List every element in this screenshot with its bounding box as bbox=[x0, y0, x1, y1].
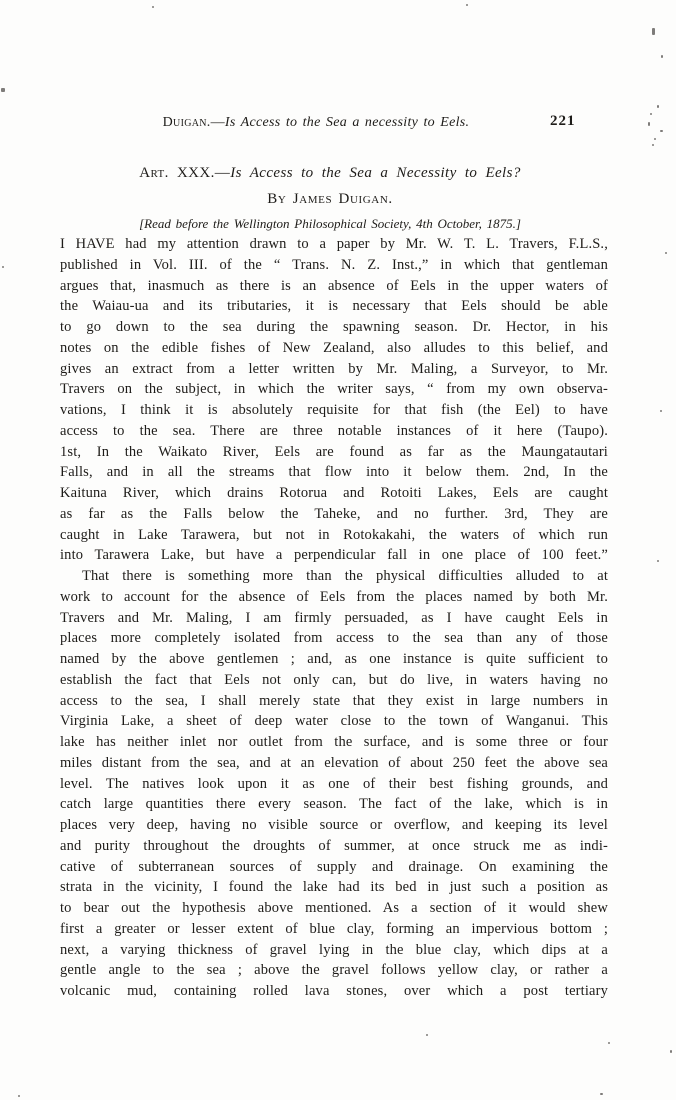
scan-speck bbox=[652, 28, 655, 35]
scan-speck bbox=[654, 138, 656, 140]
scan-speck bbox=[670, 1050, 672, 1053]
running-header-author: Duigan.— bbox=[163, 115, 225, 130]
scan-speck bbox=[657, 560, 659, 562]
scan-speck bbox=[1, 88, 5, 92]
body-line: Kaituna River, which drains Rotorua and … bbox=[60, 483, 608, 504]
body-line: That there is something more than the ph… bbox=[60, 566, 608, 587]
body-line: and purity throughout the droughts of su… bbox=[60, 836, 608, 857]
body-line: volcanic mud, containing rolled lava sto… bbox=[60, 981, 608, 1002]
byline-author: By James Duigan. bbox=[267, 191, 392, 207]
body-line: level. The natives look upon it as one o… bbox=[60, 774, 608, 795]
body-line: Virginia Lake, a sheet of deep water clo… bbox=[60, 711, 608, 732]
body-line: the Waiau-ua and its tributaries, it is … bbox=[60, 296, 608, 317]
body-line: miles distant from the sea, and at an el… bbox=[60, 753, 608, 774]
running-header: Duigan.—Is Access to the Sea a necessity… bbox=[60, 115, 572, 131]
page-number: 221 bbox=[550, 113, 576, 130]
body-line: next, a varying thickness of gravel lyin… bbox=[60, 940, 608, 961]
body-line: catch large quantities there every seaso… bbox=[60, 794, 608, 815]
scan-speck bbox=[648, 122, 650, 126]
body-line: to go down to the sea during the spawnin… bbox=[60, 317, 608, 338]
body-line: access to the sea. There are three notab… bbox=[60, 421, 608, 442]
read-note: [Read before the Wellington Philosophica… bbox=[60, 216, 600, 232]
body-line: argues that, inasmuch as there is an abs… bbox=[60, 276, 608, 297]
body-line: I HAVE had my attention drawn to a paper… bbox=[60, 234, 608, 255]
body-line: into Tarawera Lake, but have a perpendic… bbox=[60, 545, 608, 566]
body-line: Falls, and in all the streams that flow … bbox=[60, 462, 608, 483]
body-line: lake has neither inlet nor outlet from t… bbox=[60, 732, 608, 753]
body-line: gives an extract from a letter written b… bbox=[60, 359, 608, 380]
scan-speck bbox=[660, 130, 663, 132]
body-line: published in Vol. III. of the “ Trans. N… bbox=[60, 255, 608, 276]
byline: By James Duigan. bbox=[60, 191, 600, 208]
body-line: notes on the edible fishes of New Zealan… bbox=[60, 338, 608, 359]
body-line: access to the sea, I shall merely state … bbox=[60, 691, 608, 712]
body-line: work to account for the absence of Eels … bbox=[60, 587, 608, 608]
scan-speck bbox=[665, 252, 667, 254]
body-line: 1st, In the Waikato River, Eels are foun… bbox=[60, 442, 608, 463]
body-line: strata in the vicinity, I found the lake… bbox=[60, 877, 608, 898]
article-body: I HAVE had my attention drawn to a paper… bbox=[60, 234, 608, 1002]
scan-speck bbox=[661, 55, 663, 58]
body-line: Travers and Mr. Maling, I am firmly pers… bbox=[60, 608, 608, 629]
scan-speck bbox=[650, 113, 652, 115]
scanned-page: Duigan.—Is Access to the Sea a necessity… bbox=[0, 0, 676, 1100]
body-line: first a greater or lesser extent of blue… bbox=[60, 919, 608, 940]
paragraph: That there is something more than the ph… bbox=[60, 566, 608, 1002]
body-line: establish the fact that Eels not only ca… bbox=[60, 670, 608, 691]
running-header-title: Is Access to the Sea a necessity to Eels… bbox=[225, 115, 469, 130]
body-line: places very deep, having no visible sour… bbox=[60, 815, 608, 836]
scan-speck bbox=[2, 266, 4, 268]
body-line: gentle angle to the sea ; above the grav… bbox=[60, 960, 608, 981]
scan-speck bbox=[466, 4, 468, 6]
body-line: caught in Lake Tarawera, but not in Roto… bbox=[60, 525, 608, 546]
scan-speck bbox=[426, 1034, 428, 1036]
article-title: Art. XXX.—Is Access to the Sea a Necessi… bbox=[60, 165, 600, 182]
body-line: named by the above gentlemen ; and, as o… bbox=[60, 649, 608, 670]
body-line: vations, I think it is absolutely requis… bbox=[60, 400, 608, 421]
scan-speck bbox=[652, 144, 654, 146]
body-line: as far as the Falls below the Taheke, an… bbox=[60, 504, 608, 525]
scan-speck bbox=[660, 410, 662, 412]
body-line: Travers on the subject, in which the wri… bbox=[60, 379, 608, 400]
scan-speck bbox=[600, 1093, 603, 1095]
body-line: places more completely isolated from acc… bbox=[60, 628, 608, 649]
article-number: Art. XXX.— bbox=[139, 165, 230, 181]
body-line: to bear out the hypothesis above mention… bbox=[60, 898, 608, 919]
article-title-text: Is Access to the Sea a Necessity to Eels… bbox=[230, 165, 521, 181]
body-line: cative of subterranean sources of supply… bbox=[60, 857, 608, 878]
scan-speck bbox=[657, 105, 659, 108]
paragraph: I HAVE had my attention drawn to a paper… bbox=[60, 234, 608, 566]
scan-speck bbox=[18, 1095, 20, 1097]
scan-speck bbox=[608, 1042, 610, 1044]
scan-speck bbox=[152, 6, 154, 8]
